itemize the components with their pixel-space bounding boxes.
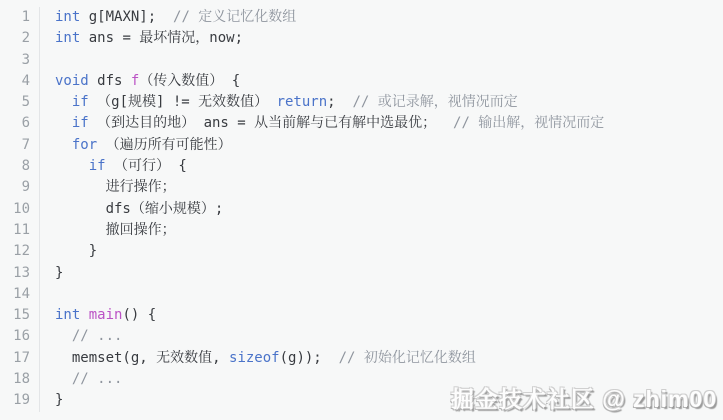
code-token-plain: dfs [89, 73, 131, 89]
code-line: 17 memset(g, 无效数值, sizeof(g)); // 初始化记忆化… [0, 348, 723, 369]
code-token-plain: （传入数值） { [139, 73, 240, 89]
code-token-plain: g[MAXN]; [80, 9, 173, 25]
line-number: 3 [0, 50, 40, 71]
code-line: 5 if （g[规模] != 无效数值） return; // 或记录解，视情况… [0, 92, 723, 113]
line-number: 12 [0, 241, 40, 262]
line-number: 19 [0, 390, 40, 411]
code-token-plain: 进行操作； [55, 179, 176, 195]
code-text: if （g[规模] != 无效数值） return; // 或记录解，视情况而定 [40, 92, 723, 113]
code-text: void dfs f（传入数值） { [40, 71, 723, 92]
code-line: 4void dfs f（传入数值） { [0, 71, 723, 92]
line-number: 13 [0, 263, 40, 284]
code-text: // ... [40, 326, 723, 347]
code-token-comment: // 初始化记忆化数组 [339, 350, 476, 366]
code-snippet-block: 1int g[MAXN]; // 定义记忆化数组2int ans = 最坏情况，… [0, 0, 723, 420]
line-number: 11 [0, 220, 40, 241]
code-token-plain [55, 137, 72, 153]
code-token-plain [55, 94, 72, 110]
code-token-keyword: int [55, 307, 80, 323]
code-token-plain [55, 328, 72, 344]
code-token-plain: } [55, 243, 97, 259]
code-token-plain: ; [327, 94, 352, 110]
line-number: 9 [0, 177, 40, 198]
code-line: 2int ans = 最坏情况，now; [0, 28, 723, 49]
code-token-keyword: if [89, 158, 106, 174]
code-token-plain: 撤回操作； [55, 222, 176, 238]
line-number: 1 [0, 7, 40, 28]
code-token-keyword: return [277, 94, 328, 110]
line-number: 15 [0, 305, 40, 326]
code-text: 撤回操作； [40, 220, 723, 241]
line-number: 14 [0, 284, 40, 305]
line-number: 7 [0, 135, 40, 156]
code-line: 14 [0, 284, 723, 305]
code-token-plain [55, 115, 72, 131]
line-number: 5 [0, 92, 40, 113]
code-token-keyword: int [55, 9, 80, 25]
line-number: 10 [0, 199, 40, 220]
code-line: 15int main() { [0, 305, 723, 326]
code-lines-container: 1int g[MAXN]; // 定义记忆化数组2int ans = 最坏情况，… [0, 7, 723, 412]
code-text: int main() { [40, 305, 723, 326]
code-text: int g[MAXN]; // 定义记忆化数组 [40, 7, 723, 28]
code-line: 13} [0, 263, 723, 284]
code-token-keyword: void [55, 73, 89, 89]
line-number: 17 [0, 348, 40, 369]
code-token-plain: } [55, 265, 63, 281]
code-token-plain [55, 371, 72, 387]
code-token-function: main [89, 307, 123, 323]
code-text: if （到达目的地） ans = 从当前解与已有解中选最优； // 输出解，视情… [40, 113, 723, 134]
code-line: 10 dfs（缩小规模）; [0, 199, 723, 220]
code-token-plain: (g)); [280, 350, 339, 366]
code-token-plain: （到达目的地） ans = 从当前解与已有解中选最优； [89, 115, 453, 131]
code-text: for （遍历所有可能性） [40, 135, 723, 156]
code-line: 7 for （遍历所有可能性） [0, 135, 723, 156]
code-token-comment: // 定义记忆化数组 [173, 9, 296, 25]
code-text [40, 50, 723, 71]
code-text: if （可行） { [40, 156, 723, 177]
line-number: 2 [0, 28, 40, 49]
code-token-keyword: if [72, 115, 89, 131]
code-token-keyword: if [72, 94, 89, 110]
code-token-comment: // 或记录解，视情况而定 [352, 94, 517, 110]
code-token-plain: （可行） { [106, 158, 187, 174]
line-number: 4 [0, 71, 40, 92]
line-number: 16 [0, 326, 40, 347]
code-line: 9 进行操作； [0, 177, 723, 198]
code-token-plain: dfs（缩小规模）; [55, 201, 223, 217]
code-token-plain: （遍历所有可能性） [97, 137, 231, 153]
code-line: 8 if （可行） { [0, 156, 723, 177]
code-line: 16 // ... [0, 326, 723, 347]
code-token-plain: memset(g, 无效数值, [55, 350, 229, 366]
code-token-plain [55, 158, 89, 174]
code-line: 3 [0, 50, 723, 71]
code-token-comment: // 输出解，视情况而定 [453, 115, 604, 131]
code-text: } [40, 241, 723, 262]
code-text [40, 284, 723, 305]
code-token-keyword: int [55, 30, 80, 46]
code-line: 11 撤回操作； [0, 220, 723, 241]
code-line: 1int g[MAXN]; // 定义记忆化数组 [0, 7, 723, 28]
code-text: 进行操作； [40, 177, 723, 198]
code-line: 6 if （到达目的地） ans = 从当前解与已有解中选最优； // 输出解，… [0, 113, 723, 134]
code-token-keyword: sizeof [229, 350, 280, 366]
code-text: memset(g, 无效数值, sizeof(g)); // 初始化记忆化数组 [40, 348, 723, 369]
code-token-plain: （g[规模] != 无效数值） [89, 94, 277, 110]
code-token-plain: ans = 最坏情况，now; [80, 30, 243, 46]
line-number: 8 [0, 156, 40, 177]
code-token-comment: // ... [72, 371, 123, 387]
code-text: int ans = 最坏情况，now; [40, 28, 723, 49]
code-token-plain: } [55, 392, 63, 408]
line-number: 18 [0, 369, 40, 390]
code-token-plain [80, 307, 88, 323]
code-line: 12 } [0, 241, 723, 262]
code-token-comment: // ... [72, 328, 123, 344]
code-text: dfs（缩小规模）; [40, 199, 723, 220]
code-token-keyword: for [72, 137, 97, 153]
code-text: } [40, 263, 723, 284]
code-token-plain: () { [122, 307, 156, 323]
line-number: 6 [0, 113, 40, 134]
watermark: 掘金技术社区 @ zhim00 [451, 381, 717, 414]
